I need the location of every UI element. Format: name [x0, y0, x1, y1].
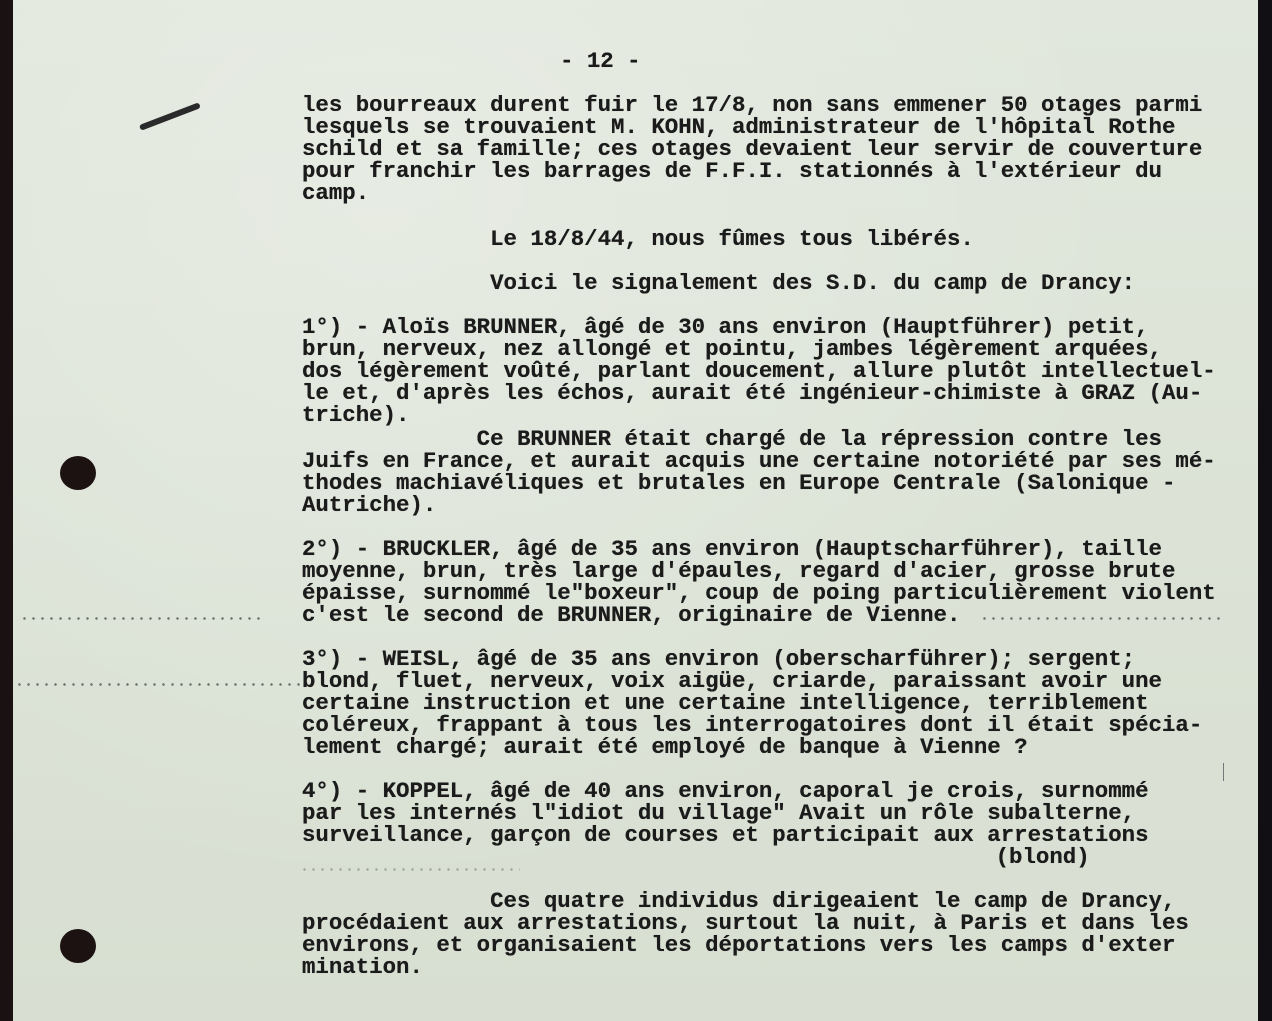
- text-line: dos légèrement voûté, parlant doucement,…: [302, 360, 1216, 382]
- text-line: lement chargé; aurait été employé de ban…: [302, 736, 1028, 758]
- text-line: 1°) - Aloïs BRUNNER, âgé de 30 ans envir…: [302, 316, 1149, 338]
- text-line: Autriche).: [302, 494, 436, 516]
- scan-border-left: [0, 0, 13, 1021]
- text-line: triche).: [302, 404, 410, 426]
- text-line: blond, fluet, nerveux, voix aigüe, criar…: [302, 670, 1162, 692]
- text-line: brun, nerveux, nez allongé et pointu, ja…: [302, 338, 1162, 360]
- scan-noise: [20, 617, 260, 620]
- text-line: mination.: [302, 956, 423, 978]
- text-line: 2°) - BRUCKLER, âgé de 35 ans environ (H…: [302, 538, 1162, 560]
- text-line: thodes machiavéliques et brutales en Eur…: [302, 472, 1175, 494]
- text-line: 3°) - WEISL, âgé de 35 ans environ (ober…: [302, 648, 1135, 670]
- text-line: 4°) - KOPPEL, âgé de 40 ans environ, cap…: [302, 780, 1149, 802]
- text-line: coléreux, frappant à tous les interrogat…: [302, 714, 1202, 736]
- punch-hole-icon: [60, 456, 96, 490]
- text-line: les bourreaux durent fuir le 17/8, non s…: [302, 94, 1202, 116]
- text-line: Voici le signalement des S.D. du camp de…: [302, 272, 1135, 294]
- text-line: par les internés l"idiot du village" Ava…: [302, 802, 1135, 824]
- text-line: c'est le second de BRUNNER, originaire d…: [302, 604, 960, 626]
- text-line: Le 18/8/44, nous fûmes tous libérés.: [302, 228, 974, 250]
- text-line: (blond): [270, 846, 1090, 868]
- text-line: moyenne, brun, très large d'épaules, reg…: [302, 560, 1175, 582]
- scan-border-right: [1258, 0, 1272, 1021]
- text-line: camp.: [302, 182, 369, 204]
- text-line: Ces quatre individus dirigeaient le camp…: [302, 890, 1175, 912]
- page-number: - 12 -: [560, 50, 641, 72]
- scan-noise: [15, 683, 300, 686]
- text-line: lesquels se trouvaient M. KOHN, administ…: [302, 116, 1175, 138]
- text-line: Juifs en France, et aurait acquis une ce…: [302, 450, 1216, 472]
- margin-mark: [1223, 763, 1224, 781]
- text-line: pour franchir les barrages de F.F.I. sta…: [302, 160, 1162, 182]
- text-line: procédaient aux arrestations, surtout la…: [302, 912, 1189, 934]
- text-line: épaisse, surnommé le"boxeur", coup de po…: [302, 582, 1216, 604]
- text-line: le et, d'après les échos, aurait été ing…: [302, 382, 1202, 404]
- text-line: environs, et organisaient les déportatio…: [302, 934, 1175, 956]
- text-line: schild et sa famille; ces otages devaien…: [302, 138, 1202, 160]
- text-line: surveillance, garçon de courses et parti…: [302, 824, 1149, 846]
- text-line: Ce BRUNNER était chargé de la répression…: [302, 428, 1162, 450]
- scan-noise: [980, 617, 1220, 620]
- punch-hole-icon: [60, 929, 96, 963]
- text-line: certaine instruction et une certaine int…: [302, 692, 1149, 714]
